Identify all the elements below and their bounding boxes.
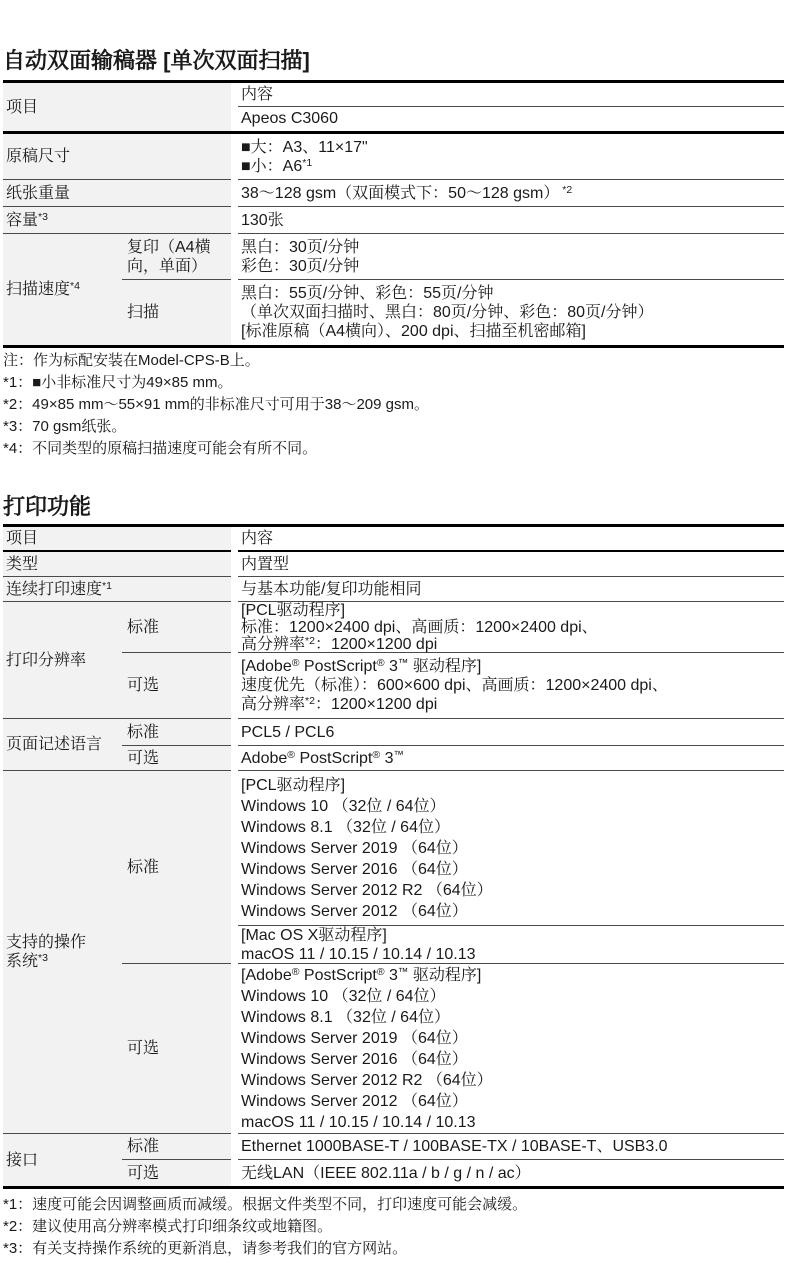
subrow-standard: 标准 [PCL驱动程序]标准：1200×2400 dpi、高画质：1200×24…: [122, 602, 784, 653]
adf-header-item-label: 项目: [3, 83, 231, 131]
column-gutter: [231, 719, 238, 746]
column-gutter: [231, 552, 238, 577]
text-line: 打印分辨率: [6, 651, 122, 670]
text-line: *3：70 gsm纸张。: [3, 416, 429, 438]
interface-subrows: 标准 Ethernet 1000BASE-T / 100BASE-TX / 10…: [122, 1134, 784, 1186]
text-line: 黑白：55页/分钟、彩色：55页/分钟: [241, 284, 784, 303]
text-line: Windows Server 2019 （64位）: [241, 1028, 784, 1049]
subrow-label: 可选: [122, 964, 231, 1134]
column-gutter: [231, 134, 238, 180]
text-line: 内置型: [241, 555, 784, 574]
subrow-copy: 复印（A4横向，单面） 黑白：30页/分钟彩色：30页/分钟: [122, 234, 784, 280]
text-line: [Adobe® PostScript® 3™ 驱动程序]: [241, 965, 784, 986]
print-header-content: 内容: [238, 527, 784, 552]
text-line: 可选: [127, 749, 231, 768]
text-line: 系统*3: [6, 952, 122, 971]
text-line: 纸张重量: [6, 184, 231, 203]
subrow-label: 可选: [122, 1160, 231, 1186]
text-line: 类型: [6, 555, 231, 574]
resolution-subrows: 标准 [PCL驱动程序]标准：1200×2400 dpi、高画质：1200×24…: [122, 602, 784, 719]
adf-header-content: 内容 Apeos C3060: [238, 83, 784, 131]
subrow-standard: 标准 Ethernet 1000BASE-T / 100BASE-TX / 10…: [122, 1134, 784, 1160]
text-line: 可选: [127, 1039, 231, 1058]
adf-header-row: 项目 内容 Apeos C3060: [3, 83, 784, 134]
column-gutter: [231, 602, 238, 653]
column-gutter: [231, 1160, 238, 1186]
spec-sheet-page: { "colors": { "label_bg": "#f2f2f2", "ru…: [0, 0, 787, 1267]
text-line: Windows Server 2016 （64位）: [241, 1049, 784, 1070]
header-content-text: 内容: [238, 83, 784, 107]
text-line: Windows Server 2012 R2 （64位）: [241, 880, 784, 901]
subrow-label: 标准: [122, 771, 231, 964]
print-header-item-label: 项目: [3, 527, 231, 552]
text-line: macOS 11 / 10.15 / 10.14 / 10.13: [241, 945, 784, 964]
subrow-content: [PCL驱动程序]标准：1200×2400 dpi、高画质：1200×2400 …: [238, 602, 784, 653]
text-line: 扫描速度*4: [6, 280, 122, 299]
pdl-subrows: 标准 PCL5 / PCL6 可选 Adobe® PostScript® 3™: [122, 719, 784, 771]
print-row-continuous-speed: 连续打印速度*1 与基本功能/复印功能相同: [3, 577, 784, 602]
subrow-content: 黑白：30页/分钟彩色：30页/分钟: [238, 234, 784, 280]
adf-row-scan-speed: 扫描速度*4 复印（A4横向，单面） 黑白：30页/分钟彩色：30页/分钟 扫描…: [3, 234, 784, 345]
text-line: Windows 10 （32位 / 64位）: [241, 986, 784, 1007]
text-line: 与基本功能/复印功能相同: [241, 580, 784, 599]
text-line: 38～128 gsm（双面模式下：50～128 gsm） *2: [241, 184, 784, 203]
text-line: 130张: [241, 211, 784, 230]
column-gutter: [231, 180, 238, 207]
subrow-label: 标准: [122, 1134, 231, 1160]
text-line: 高分辨率*2：1200×1200 dpi: [241, 695, 784, 714]
os-postscript-driver-list: [Adobe® PostScript® 3™ 驱动程序]Windows 10 （…: [238, 964, 784, 1134]
text-line: Windows 8.1 （32位 / 64位）: [241, 1007, 784, 1028]
print-section-title: 打印功能: [3, 490, 91, 521]
text-line: Windows Server 2012 （64位）: [241, 901, 784, 922]
text-line: 速度优先（标准）：600×600 dpi、高画质：1200×2400 dpi、: [241, 676, 784, 695]
text-line: Ethernet 1000BASE-T / 100BASE-TX / 10BAS…: [241, 1137, 784, 1156]
adf-footnotes: 注：作为标配安装在Model-CPS-B上。*1：■小非标准尺寸为49×85 m…: [3, 350, 429, 460]
text-line: 接口: [6, 1151, 122, 1170]
subrow-label: 标准: [122, 719, 231, 746]
os-standard-blocks: [PCL驱动程序]Windows 10 （32位 / 64位）Windows 8…: [238, 771, 784, 964]
subrow-label: 复印（A4横向，单面）: [122, 234, 231, 280]
row-content: 130张: [238, 207, 784, 234]
text-line: Windows 8.1 （32位 / 64位）: [241, 817, 784, 838]
text-line: [Adobe® PostScript® 3™ 驱动程序]: [241, 657, 784, 676]
adf-row-paper-weight: 纸张重量 38～128 gsm（双面模式下：50～128 gsm） *2: [3, 180, 784, 207]
column-gutter: [231, 527, 238, 552]
text-line: 支持的操作: [6, 933, 122, 952]
scan-speed-subrows: 复印（A4横向，单面） 黑白：30页/分钟彩色：30页/分钟 扫描 黑白：55页…: [122, 234, 784, 345]
text-line: 标准: [127, 858, 231, 877]
row-content: 38～128 gsm（双面模式下：50～128 gsm） *2: [238, 180, 784, 207]
subrow-standard: 标准 [PCL驱动程序]Windows 10 （32位 / 64位）Window…: [122, 771, 784, 964]
column-gutter: [231, 1134, 238, 1160]
adf-row-original-size: 原稿尺寸 ■大：A3、11×17"■小：A6*1: [3, 134, 784, 180]
text-line: （单次双面扫描时、黑白：80页/分钟、彩色：80页/分钟）: [241, 303, 784, 322]
header-item-text: 项目: [6, 98, 231, 117]
text-line: *1：速度可能会因调整画质而减缓。根据文件类型不同，打印速度可能会减缓。: [3, 1194, 527, 1216]
header-content-text: 内容: [241, 529, 784, 548]
text-line: PCL5 / PCL6: [241, 723, 784, 742]
column-gutter: [231, 964, 238, 1134]
text-line: 向，单面）: [127, 257, 231, 276]
text-line: 可选: [127, 676, 231, 695]
adf-row-capacity: 容量*3 130张: [3, 207, 784, 234]
row-label: 支持的操作系统*3: [3, 771, 122, 1134]
subrow-optional: 可选 [Adobe® PostScript® 3™ 驱动程序]Windows 1…: [122, 964, 784, 1134]
text-line: 复印（A4横: [127, 238, 231, 257]
text-line: Adobe® PostScript® 3™: [241, 749, 784, 768]
print-row-resolution: 打印分辨率 标准 [PCL驱动程序]标准：1200×2400 dpi、高画质：1…: [3, 602, 784, 719]
print-header-row: 项目 内容: [3, 527, 784, 552]
text-line: 标准: [127, 723, 231, 742]
row-label: 连续打印速度*1: [3, 577, 231, 602]
row-label: 打印分辨率: [3, 602, 122, 719]
text-line: [PCL驱动程序]: [241, 775, 784, 796]
text-line: *2：建议使用高分辨率模式打印细条纹或地籍图。: [3, 1216, 527, 1238]
text-line: 注：作为标配安装在Model-CPS-B上。: [3, 350, 429, 372]
text-line: 高分辨率*2：1200×1200 dpi: [241, 636, 784, 653]
column-gutter: [231, 234, 238, 280]
os-mac-driver-list: [Mac OS X驱动程序]macOS 11 / 10.15 / 10.14 /…: [238, 926, 784, 964]
row-label: 容量*3: [3, 207, 231, 234]
subrow-label: 可选: [122, 653, 231, 719]
column-gutter: [231, 746, 238, 771]
text-line: Windows Server 2012 R2 （64位）: [241, 1070, 784, 1091]
row-label: 类型: [3, 552, 231, 577]
text-line: Windows 10 （32位 / 64位）: [241, 796, 784, 817]
subrow-label: 扫描: [122, 280, 231, 345]
row-label: 原稿尺寸: [3, 134, 231, 180]
row-label: 页面记述语言: [3, 719, 122, 771]
column-gutter: [231, 653, 238, 719]
text-line: *2：49×85 mm～55×91 mm的非标准尺寸可用于38～209 gsm。: [3, 394, 429, 416]
adf-spec-table: 项目 内容 Apeos C3060 原稿尺寸 ■大：A3、11×17"■小：A6…: [3, 80, 784, 348]
text-line: 页面记述语言: [6, 735, 122, 754]
subrow-content: [Adobe® PostScript® 3™ 驱动程序]速度优先（标准）：600…: [238, 653, 784, 719]
print-footnotes: *1：速度可能会因调整画质而减缓。根据文件类型不同，打印速度可能会减缓。*2：建…: [3, 1194, 527, 1260]
subrow-label: 标准: [122, 602, 231, 653]
text-line: Windows Server 2012 （64位）: [241, 1091, 784, 1112]
subrow-content: 黑白：55页/分钟、彩色：55页/分钟（单次双面扫描时、黑白：80页/分钟、彩色…: [238, 280, 784, 345]
text-line: macOS 11 / 10.15 / 10.14 / 10.13: [241, 1112, 784, 1133]
text-line: Windows Server 2019 （64位）: [241, 838, 784, 859]
text-line: 无线LAN（IEEE 802.11a / b / g / n / ac）: [241, 1164, 784, 1183]
text-line: 标准: [127, 618, 231, 637]
print-row-supported-os: 支持的操作系统*3 标准 [PCL驱动程序]Windows 10 （32位 / …: [3, 771, 784, 1134]
subrow-content: PCL5 / PCL6: [238, 719, 784, 746]
row-label: 纸张重量: [3, 180, 231, 207]
subrow-optional: 可选 无线LAN（IEEE 802.11a / b / g / n / ac）: [122, 1160, 784, 1186]
row-content: 与基本功能/复印功能相同: [238, 577, 784, 602]
text-line: Windows Server 2016 （64位）: [241, 859, 784, 880]
text-line: *1：■小非标准尺寸为49×85 mm。: [3, 372, 429, 394]
text-line: 彩色：30页/分钟: [241, 257, 784, 276]
row-content: ■大：A3、11×17"■小：A6*1: [238, 134, 784, 180]
text-line: 扫描: [127, 303, 231, 322]
header-model-text: Apeos C3060: [238, 107, 784, 131]
text-line: 标准: [127, 1137, 231, 1156]
text-line: 容量*3: [6, 211, 231, 230]
text-line: [PCL驱动程序]: [241, 602, 784, 619]
column-gutter: [231, 577, 238, 602]
text-line: *4：不同类型的原稿扫描速度可能会有所不同。: [3, 438, 429, 460]
column-gutter: [231, 771, 238, 964]
print-row-type: 类型 内置型: [3, 552, 784, 577]
subrow-optional: 可选 Adobe® PostScript® 3™: [122, 746, 784, 771]
column-gutter: [231, 207, 238, 234]
text-line: 可选: [127, 1164, 231, 1183]
text-line: ■小：A6*1: [241, 157, 784, 176]
os-subrows: 标准 [PCL驱动程序]Windows 10 （32位 / 64位）Window…: [122, 771, 784, 1134]
print-row-interface: 接口 标准 Ethernet 1000BASE-T / 100BASE-TX /…: [3, 1134, 784, 1186]
subrow-content: Adobe® PostScript® 3™: [238, 746, 784, 771]
header-item-text: 项目: [6, 529, 231, 548]
row-label: 扫描速度*4: [3, 234, 122, 345]
subrow-scan: 扫描 黑白：55页/分钟、彩色：55页/分钟（单次双面扫描时、黑白：80页/分钟…: [122, 280, 784, 345]
row-label: 接口: [3, 1134, 122, 1186]
text-line: 黑白：30页/分钟: [241, 238, 784, 257]
subrow-content: Ethernet 1000BASE-T / 100BASE-TX / 10BAS…: [238, 1134, 784, 1160]
column-gutter: [231, 83, 238, 131]
subrow-content: 无线LAN（IEEE 802.11a / b / g / n / ac）: [238, 1160, 784, 1186]
text-line: 连续打印速度*1: [6, 580, 231, 599]
text-line: 原稿尺寸: [6, 147, 231, 166]
text-line: [标准原稿（A4横向）、200 dpi、扫描至机密邮箱]: [241, 322, 784, 341]
text-line: ■大：A3、11×17": [241, 138, 784, 157]
column-gutter: [231, 280, 238, 345]
text-line: [Mac OS X驱动程序]: [241, 926, 784, 945]
os-pcl-driver-list: [PCL驱动程序]Windows 10 （32位 / 64位）Windows 8…: [238, 771, 784, 926]
print-spec-table: 项目 内容 类型 内置型 连续打印速度*1 与基本功能/复印功能相同 打印分辨率…: [3, 524, 784, 1189]
subrow-optional: 可选 [Adobe® PostScript® 3™ 驱动程序]速度优先（标准）：…: [122, 653, 784, 719]
print-row-pdl: 页面记述语言 标准 PCL5 / PCL6 可选 Adobe® PostScri…: [3, 719, 784, 771]
adf-section-title: 自动双面输稿器 [单次双面扫描]: [3, 44, 310, 75]
text-line: 标准：1200×2400 dpi、高画质：1200×2400 dpi、: [241, 619, 784, 636]
subrow-standard: 标准 PCL5 / PCL6: [122, 719, 784, 746]
row-content: 内置型: [238, 552, 784, 577]
text-line: *3：有关支持操作系统的更新消息，请参考我们的官方网站。: [3, 1238, 527, 1260]
subrow-label: 可选: [122, 746, 231, 771]
